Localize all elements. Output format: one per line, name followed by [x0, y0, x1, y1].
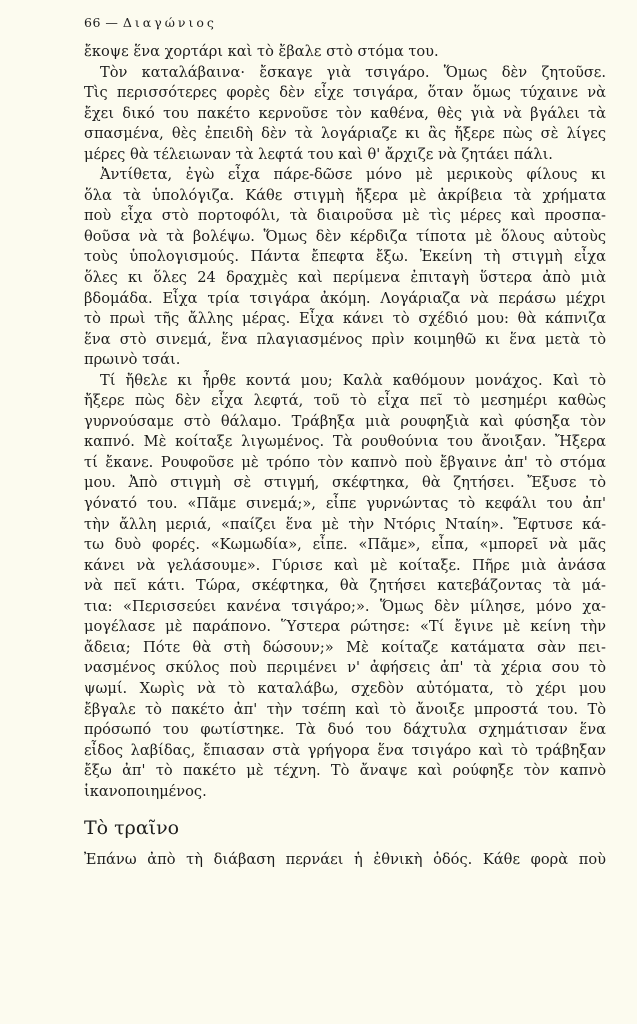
text-line: πρωινὸ τσάι. [84, 350, 606, 371]
text-line: μέρες θὰ τέλειωναν τὰ λεφτά του καὶ θ' ἄ… [84, 145, 606, 166]
text-line: ψωμί. Χωρὶς νὰ τὸ καταλάβω, σχεδὸν αὐτόμ… [84, 679, 606, 700]
text-line: ἕνα στὸ σινεμά, ἕνα πλαγιασμένος πρὶν κο… [84, 330, 606, 351]
text-line: ἤξερε πὼς δὲν εἶχα λεφτά, τοῦ τὸ εἶχα πε… [84, 391, 606, 412]
text-line: ἱκανοποιημένος. [84, 782, 606, 803]
body-text: ἔκοψε ἕνα χορτάρι καὶ τὸ ἔβαλε στὸ στόμα… [84, 42, 606, 802]
text-line: τω δυὸ φορές. «Κωμωδία», εἶπε. «Πᾶμε», ε… [84, 535, 606, 556]
text-line: καπνό. Μὲ κοίταξε λιγωμένος. Τὰ ρουθούνι… [84, 432, 606, 453]
text-line: ἔβγαλε τὸ πακέτο ἀπ' τὴν τσέπη καὶ τὸ ἄν… [84, 700, 606, 721]
text-line: ὅλες κι ὅλες 24 δραχμὲς καὶ περίμενα ἐπι… [84, 268, 606, 289]
text-line: Τὶς περισσότερες φορὲς δὲν εἶχε τσιγάρα,… [84, 83, 606, 104]
book-title: Διαγώνιος [123, 15, 217, 30]
text-line: γόνατό του. «Πᾶμε σινεμά;», εἶπε γυρνώντ… [84, 494, 606, 515]
text-line: εἶδος λαβίδας, ἔπιασαν στὰ γρήγορα ἕνα τ… [84, 741, 606, 762]
text-line: ποὺ εἶχα στὸ πορτοφόλι, τὰ διαιροῦσα μὲ … [84, 206, 606, 227]
text-line: τὴν ἄλλη μεριά, «παίζει ἕνα μὲ τὴν Ντόρι… [84, 515, 606, 536]
text-line: ἔχει δικό του πακέτο κερνοῦσε τὸν καθένα… [84, 104, 606, 125]
text-line: Τὸν καταλάβαινα· ἔσκαγε γιὰ τσιγάρο. Ὅμω… [84, 63, 606, 84]
text-line: νὰ πεῖ κάτι. Τώρα, σκέφτηκα, θὰ ζητήσει … [84, 576, 606, 597]
text-line: πρόσωπό του φωτίστηκε. Τὰ δυό του δάχτυλ… [84, 720, 606, 741]
text-line: μογέλασε μὲ παράπονο. Ὕστερα ρώτησε: «Τί… [84, 617, 606, 638]
running-head: 66 — Διαγώνιος [84, 15, 217, 30]
text-line: Ἐπάνω ἀπὸ τὴ διάβαση περνάει ἡ ἐθνικὴ ὁδ… [84, 850, 606, 871]
text-line: βδομάδα. Εἶχα τρία τσιγάρα ἀκόμη. Λογάρι… [84, 289, 606, 310]
text-line: τὸ πρωὶ τῆς ἄλλης μέρας. Εἶχα κάνει τὸ σ… [84, 309, 606, 330]
text-line: θοῦσα νὰ τὰ βολέψω. Ὅμως δὲν κέρδιζα τίπ… [84, 227, 606, 248]
text-line: τοὺς ὑπολογισμούς. Πάντα ἔπεφτα ἔξω. Ἐκε… [84, 247, 606, 268]
section-body: Ἐπάνω ἀπὸ τὴ διάβαση περνάει ἡ ἐθνικὴ ὁδ… [84, 850, 606, 871]
text-line: ἔξω ἀπ' τὸ πακέτο μὲ τέχνη. Τὸ ἄναψε καὶ… [84, 761, 606, 782]
text-line: νασμένος σκύλος ποὺ περιμένει ν' ἀφήσεις… [84, 658, 606, 679]
text-line: κάνει νὰ γελάσουμε». Γύρισε καὶ μὲ κοίτα… [84, 556, 606, 577]
text-line: γυρνούσαμε στὸ θάλαμο. Τράβηξα μιὰ ρουφη… [84, 412, 606, 433]
text-line: σπασμένα, θὲς ἐπειδὴ δὲν τὰ λογάριαζε κι… [84, 124, 606, 145]
text-line: ὅλα τὰ ὑπολόγιζα. Κάθε στιγμὴ ἤξερα μὲ ἀ… [84, 186, 606, 207]
section-heading: Τὸ τραῖνο [84, 817, 179, 839]
separator: — [105, 15, 118, 30]
text-line: ἔκοψε ἕνα χορτάρι καὶ τὸ ἔβαλε στὸ στόμα… [84, 42, 606, 63]
text-line: Τί ἤθελε κι ἦρθε κοντά μου; Καλὰ καθόμου… [84, 371, 606, 392]
text-line: τί ἔκανε. Ρουφοῦσε μὲ τρόπο τὸν καπνὸ πο… [84, 453, 606, 474]
text-line: μου. Ἀπὸ στιγμὴ σὲ στιγμή, σκέφτηκα, θὰ … [84, 473, 606, 494]
text-line: τια: «Περισσεύει κανένα τσιγάρο;». Ὅμως … [84, 597, 606, 618]
text-line: ἄδεια; Πότε θὰ στὴ δώσουν;» Μὲ κοίταζε κ… [84, 638, 606, 659]
text-line: Ἀντίθετα, ἐγὼ εἶχα πάρε-δῶσε μόνο μὲ μερ… [84, 165, 606, 186]
page-number: 66 [84, 15, 101, 30]
